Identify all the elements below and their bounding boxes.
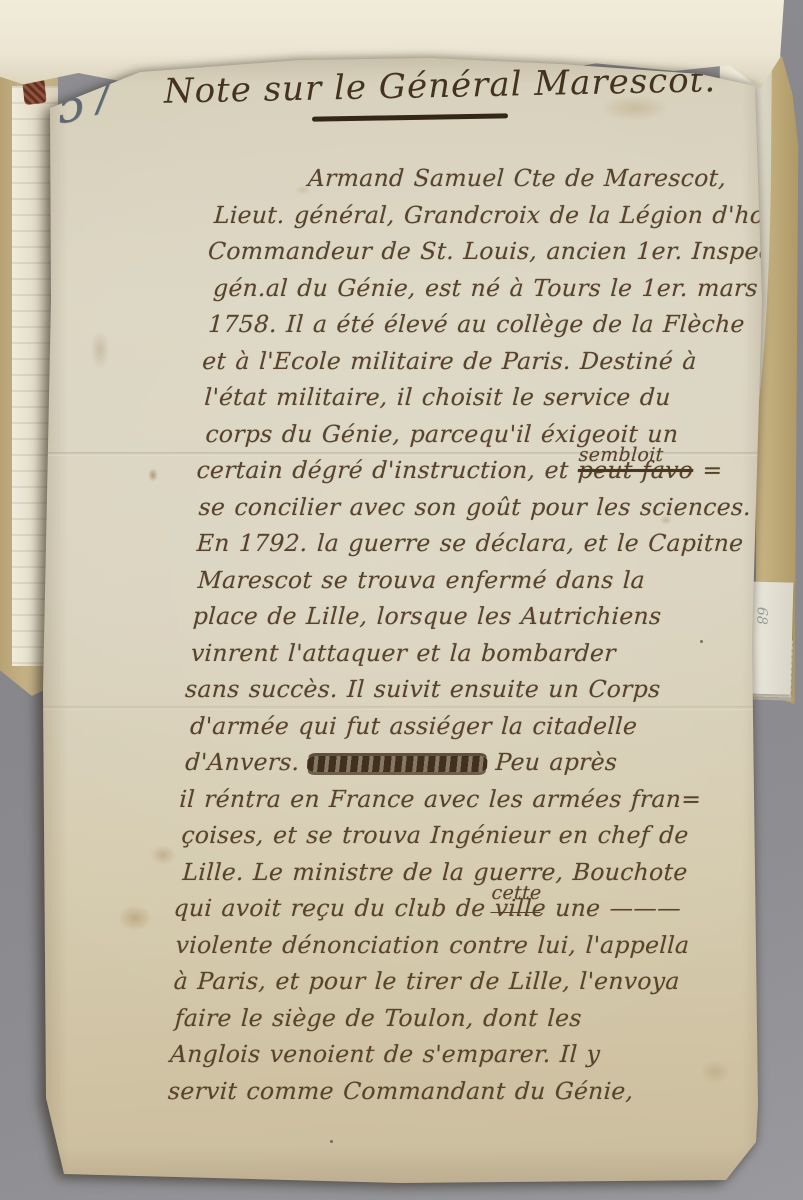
manuscript-line: faire le siège de Toulon, dont les bbox=[174, 1000, 751, 1037]
title-underline bbox=[312, 113, 508, 121]
handwritten-text: place de Lille, lorsque les Autrichiens bbox=[192, 602, 662, 630]
manuscript-line: servit comme Commandant du Génie, bbox=[167, 1073, 744, 1110]
handwritten-text: gén.al du Génie, est né à Tours le 1er. … bbox=[212, 274, 758, 302]
manuscript-sheet: 57 Note sur le Général Marescot. Armand … bbox=[40, 52, 768, 1188]
manuscript-line: gén.al du Génie, est né à Tours le 1er. … bbox=[212, 270, 789, 307]
handwritten-text: se concilier avec son goût pour les scie… bbox=[198, 493, 752, 521]
handwritten-text: Anglois venoient de s'emparer. Il y bbox=[169, 1040, 601, 1068]
crossed-out-scribble bbox=[307, 756, 488, 772]
handwritten-text: servit comme Commandant du Génie, bbox=[167, 1077, 634, 1105]
handwritten-text: et à l'Ecole militaire de Paris. Destiné… bbox=[202, 347, 698, 375]
handwritten-text: En 1792. la guerre se déclara, et le Cap… bbox=[196, 529, 744, 557]
paper-stain bbox=[150, 845, 176, 865]
handwritten-text: d'armée qui fut assiéger la citadelle bbox=[189, 712, 638, 740]
handwritten-text: = bbox=[693, 456, 724, 484]
manuscript-line: il réntra en France avec les armées fran… bbox=[178, 781, 755, 818]
handwritten-text: il réntra en France avec les armées fran… bbox=[179, 785, 702, 813]
handwritten-text: certain dégré d'instruction, et bbox=[196, 456, 579, 484]
folio-number: 57 bbox=[53, 67, 119, 136]
manuscript-line: Marescot se trouva enfermé dans la bbox=[197, 562, 774, 599]
handwritten-text: Lille. Le ministre de la guerre, Bouchot… bbox=[182, 858, 688, 886]
handwritten-text: faire le siège de Toulon, dont les bbox=[174, 1004, 582, 1032]
handwritten-text: l'état militaire, il choisit le service … bbox=[204, 383, 672, 411]
manuscript-line: l'état militaire, il choisit le service … bbox=[203, 379, 780, 416]
manuscript-line: d'armée qui fut assiéger la citadelle bbox=[189, 708, 766, 745]
manuscript-line: 1758. Il a été élevé au collège de la Fl… bbox=[207, 306, 784, 343]
manuscript-line-with-scribble: d'Anvers.Peu après bbox=[184, 744, 761, 781]
handwritten-text: Armand Samuel Cte de Marescot, bbox=[307, 164, 727, 192]
manuscript-line: et à l'Ecole militaire de Paris. Destiné… bbox=[201, 343, 778, 380]
manuscript-line: à Paris, et pour le tirer de Lille, l'en… bbox=[173, 963, 750, 1000]
manuscript-line: Commandeur de St. Louis, ancien 1er. Ins… bbox=[207, 233, 784, 270]
inserted-word: cette bbox=[491, 875, 543, 913]
handwritten-text: Marescot se trouva enfermé dans la bbox=[197, 566, 646, 594]
handwritten-text: sans succès. Il suivit ensuite un Corps bbox=[184, 675, 661, 703]
inserted-word: sembloit bbox=[578, 437, 665, 474]
document-title: Note sur le Général Marescot. bbox=[150, 60, 731, 112]
manuscript-line: Lille. Le ministre de la guerre, Bouchot… bbox=[182, 854, 759, 891]
manuscript-text: Armand Samuel Cte de Marescot, Lieut. gé… bbox=[167, 160, 792, 1109]
paper-stain bbox=[118, 905, 152, 931]
handwritten-text: Lieut. général, Grandcroix de la Légion … bbox=[213, 201, 803, 229]
paper-stain bbox=[148, 468, 158, 482]
ink-speck bbox=[330, 1140, 333, 1143]
handwritten-text: 1758. Il a été élevé au collège de la Fl… bbox=[208, 310, 746, 338]
manuscript-line: sans succès. Il suivit ensuite un Corps bbox=[184, 671, 761, 708]
correction: sembloitpeut favo bbox=[577, 456, 694, 484]
handwritten-text: à Paris, et pour le tirer de Lille, l'en… bbox=[173, 967, 680, 995]
manuscript-line: corps du Génie, parcequ'il éxigeoit un bbox=[205, 416, 782, 453]
handwritten-text: vinrent l'attaquer et la bombarder bbox=[190, 639, 616, 667]
manuscript-line: place de Lille, lorsque les Autrichiens bbox=[192, 598, 769, 635]
handwritten-text: d'Anvers. bbox=[185, 748, 301, 776]
manuscript-line: Armand Samuel Cte de Marescot, bbox=[215, 160, 792, 197]
manuscript-line: Lieut. général, Grandcroix de la Légion … bbox=[213, 197, 790, 234]
handwritten-text: Peu après bbox=[495, 748, 618, 776]
handwritten-text: çoises, et se trouva Ingénieur en chef d… bbox=[181, 821, 690, 849]
manuscript-paper: 57 Note sur le Général Marescot. Armand … bbox=[40, 52, 768, 1188]
paper-stain bbox=[90, 330, 110, 370]
manuscript-line-with-insertion: qui avoit reçu du club de cetteville une… bbox=[173, 890, 750, 927]
handwritten-text: qui avoit reçu du club de bbox=[173, 894, 496, 922]
manuscript-line: Anglois venoient de s'emparer. Il y bbox=[169, 1036, 746, 1073]
handwritten-text: violente dénonciation contre lui, l'appe… bbox=[175, 931, 690, 959]
manuscript-line: se concilier avec son goût pour les scie… bbox=[198, 489, 775, 526]
manuscript-line-with-correction: certain dégré d'instruction, et sembloit… bbox=[196, 452, 773, 489]
handwritten-text: Commandeur de St. Louis, ancien 1er. Ins… bbox=[207, 237, 790, 265]
photograph-of-manuscript: 68 57 Note sur le Général Marescot. Arma… bbox=[0, 0, 803, 1200]
manuscript-line: violente dénonciation contre lui, l'appe… bbox=[175, 927, 752, 964]
manuscript-line: vinrent l'attaquer et la bombarder bbox=[190, 635, 767, 672]
manuscript-line: En 1792. la guerre se déclara, et le Cap… bbox=[196, 525, 773, 562]
manuscript-line: çoises, et se trouva Ingénieur en chef d… bbox=[181, 817, 758, 854]
